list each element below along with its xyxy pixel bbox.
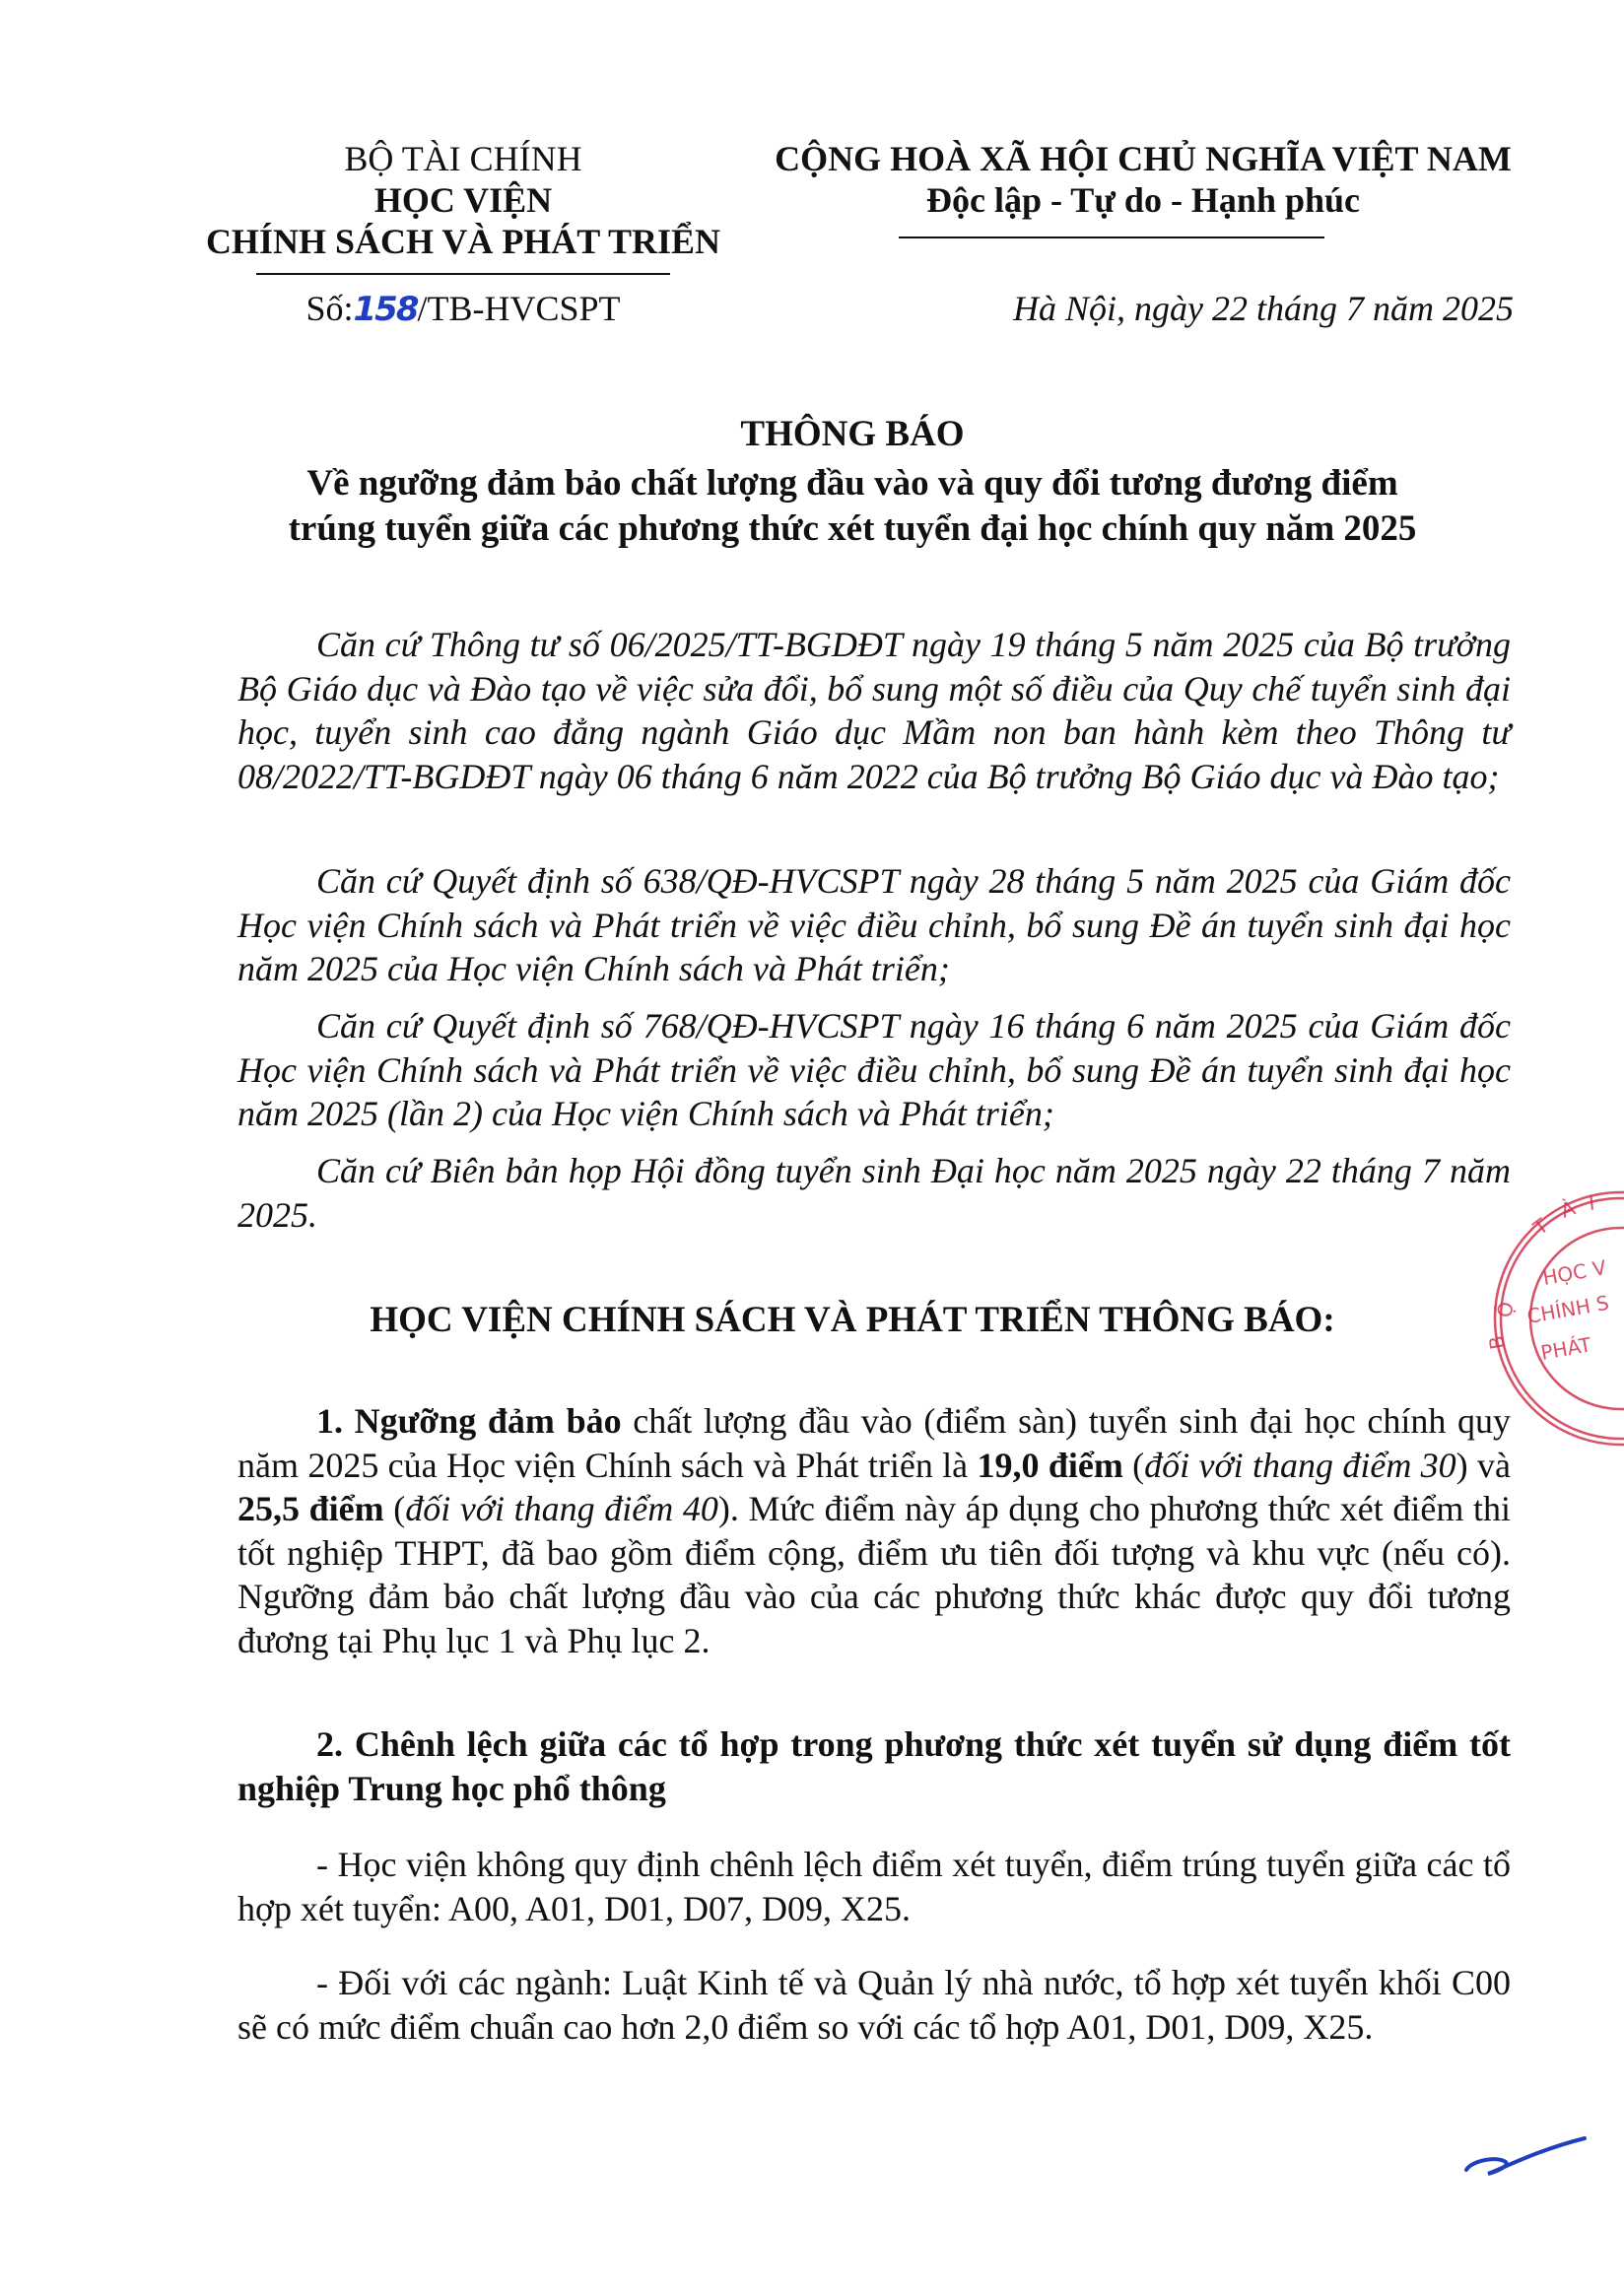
official-seal-stamp: T À I B Ộ HỌC V CHÍNH S PHÁT bbox=[1483, 1181, 1624, 1456]
svg-text:B: B bbox=[1484, 1334, 1510, 1352]
doc-number-suffix: /TB-HVCSPT bbox=[417, 289, 620, 328]
doc-number-handwritten: 158 bbox=[354, 290, 418, 329]
document-number: Số:158/TB-HVCSPT bbox=[197, 288, 729, 329]
country-name: CỘNG HOÀ XÃ HỘI CHỦ NGHĨA VIỆT NAM bbox=[764, 138, 1522, 179]
section-2-heading: 2. Chênh lệch giữa các tổ hợp trong phươ… bbox=[237, 1722, 1511, 1810]
section-2-bullet-2: - Đối với các ngành: Luật Kinh tế và Quả… bbox=[237, 1961, 1511, 2049]
scale-30-note: đối với thang điểm 30 bbox=[1144, 1446, 1456, 1485]
notice-title: THÔNG BÁO bbox=[237, 412, 1468, 457]
legal-basis-1: Căn cứ Thông tư số 06/2025/TT-BGDĐT ngày… bbox=[237, 623, 1511, 798]
legal-basis-2: Căn cứ Quyết định số 638/QĐ-HVCSPT ngày … bbox=[237, 859, 1511, 991]
announcement-heading: HỌC VIỆN CHÍNH SÁCH VÀ PHÁT TRIỂN THÔNG … bbox=[237, 1299, 1468, 1341]
legal-basis-4: Căn cứ Biên bản họp Hội đồng tuyển sinh … bbox=[237, 1149, 1511, 1237]
right-header-divider bbox=[899, 236, 1324, 238]
national-motto: Độc lập - Tự do - Hạnh phúc bbox=[764, 179, 1522, 221]
notice-subtitle-line2: trúng tuyển giữa các phương thức xét tuy… bbox=[237, 506, 1468, 552]
left-header-divider bbox=[256, 273, 670, 275]
svg-text:Ộ: Ộ bbox=[1492, 1300, 1518, 1319]
signature-initial-icon bbox=[1458, 2128, 1596, 2188]
notice-subtitle-line1: Về ngưỡng đảm bảo chất lượng đầu vào và … bbox=[237, 461, 1468, 506]
place-and-date: Hà Nội, ngày 22 tháng 7 năm 2025 bbox=[1013, 288, 1514, 329]
section-1-lead: 1. Ngưỡng đảm bảo bbox=[316, 1401, 622, 1441]
stamp-inner-line2: CHÍNH S bbox=[1525, 1291, 1611, 1328]
institute-name-line1: HỌC VIỆN bbox=[197, 179, 729, 221]
scale-40-note: đối với thang điểm 40 bbox=[405, 1489, 718, 1528]
ministry-name: BỘ TÀI CHÍNH bbox=[197, 138, 729, 179]
stamp-outer-text: T bbox=[1528, 1213, 1554, 1241]
issuing-authority-block: BỘ TÀI CHÍNH HỌC VIỆN CHÍNH SÁCH VÀ PHÁT… bbox=[197, 138, 729, 262]
stamp-inner-line3: PHÁT bbox=[1539, 1332, 1594, 1365]
section-1-paragraph: 1. Ngưỡng đảm bảo chất lượng đầu vào (đi… bbox=[237, 1399, 1511, 1662]
section-2-bullet-1: - Học viện không quy định chênh lệch điể… bbox=[237, 1843, 1511, 1930]
doc-number-prefix: Số: bbox=[305, 289, 353, 328]
national-header-block: CỘNG HOÀ XÃ HỘI CHỦ NGHĨA VIỆT NAM Độc l… bbox=[764, 138, 1522, 221]
floor-score-30: 19,0 điểm bbox=[977, 1446, 1122, 1485]
institute-name-line2: CHÍNH SÁCH VÀ PHÁT TRIỂN bbox=[197, 221, 729, 262]
legal-basis-3: Căn cứ Quyết định số 768/QĐ-HVCSPT ngày … bbox=[237, 1004, 1511, 1136]
floor-score-40: 25,5 điểm bbox=[237, 1489, 384, 1528]
